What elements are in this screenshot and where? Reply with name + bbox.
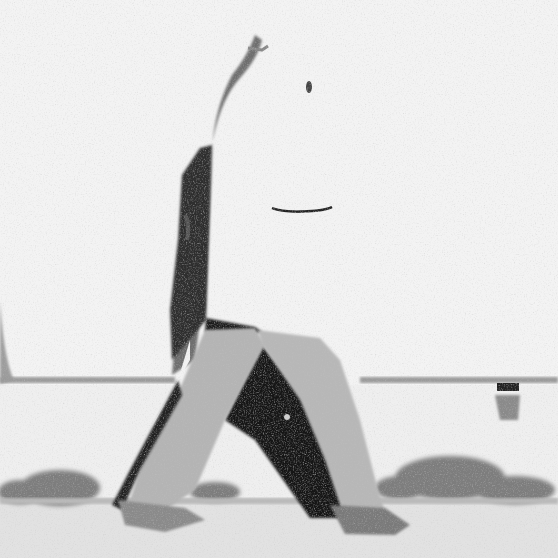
photo xyxy=(0,0,558,558)
small-post xyxy=(497,383,519,391)
ground xyxy=(0,498,558,558)
wall-ledge-left xyxy=(0,377,175,383)
photo-canvas xyxy=(0,0,558,558)
wall-ledge-right xyxy=(360,377,558,383)
detail-mark xyxy=(306,81,312,93)
